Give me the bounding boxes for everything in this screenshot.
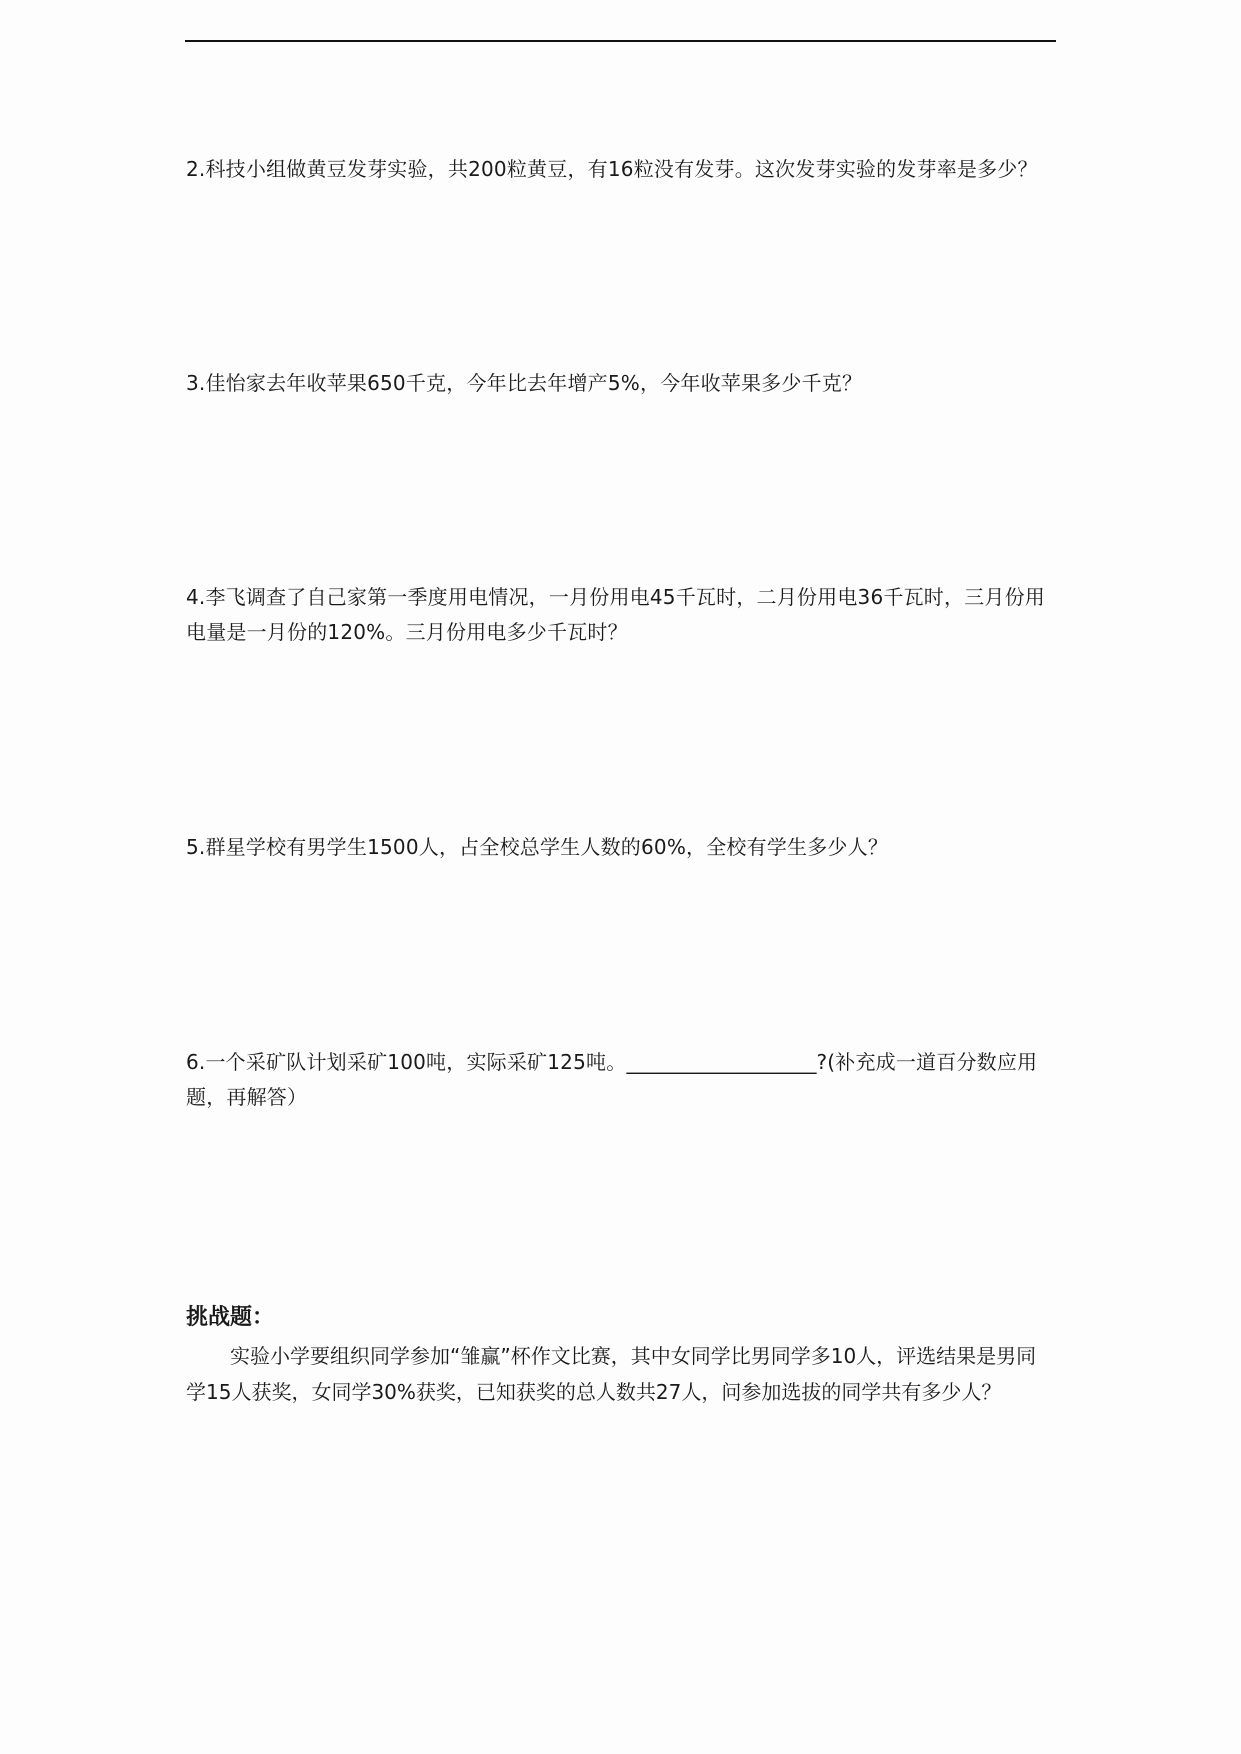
question-4: 4.李飞调查了自己家第一季度用电情况，一月份用电45千瓦时，二月份用电36千瓦时…: [186, 580, 1054, 650]
question-text-before-blank: 一个采矿队计划采矿100吨，实际采矿125吨。: [205, 1050, 626, 1074]
question-number: 3.: [186, 371, 205, 395]
header-rule: [185, 40, 1056, 42]
question-2: 2.科技小组做黄豆发芽实验，共200粒黄豆，有16粒没有发芽。这次发芽实验的发芽…: [186, 152, 1054, 187]
question-number: 4.: [186, 585, 205, 609]
question-number: 2.: [186, 157, 205, 181]
question-number: 5.: [186, 835, 205, 859]
question-3: 3.佳怡家去年收苹果650千克，今年比去年增产5%，今年收苹果多少千克？: [186, 366, 1054, 401]
question-6: 6.一个采矿队计划采矿100吨，实际采矿125吨。_______________…: [186, 1045, 1054, 1115]
fill-in-blank: ___________________: [626, 1050, 816, 1074]
question-text: 群星学校有男学生1500人，占全校总学生人数的60%，全校有学生多少人？: [205, 835, 888, 859]
question-number: 6.: [186, 1050, 205, 1074]
question-5: 5.群星学校有男学生1500人，占全校总学生人数的60%，全校有学生多少人？: [186, 830, 1054, 865]
question-text: 科技小组做黄豆发芽实验，共200粒黄豆，有16粒没有发芽。这次发芽实验的发芽率是…: [205, 157, 1037, 181]
challenge-text: 实验小学要组织同学参加“雏赢”杯作文比赛，其中女同学比男同学多10人，评选结果是…: [186, 1338, 1054, 1410]
question-text: 李飞调查了自己家第一季度用电情况，一月份用电45千瓦时，二月份用电36千瓦时，三…: [186, 585, 1045, 644]
challenge-title: 挑战题：: [186, 1302, 274, 1334]
question-text: 佳怡家去年收苹果650千克，今年比去年增产5%，今年收苹果多少千克？: [205, 371, 862, 395]
